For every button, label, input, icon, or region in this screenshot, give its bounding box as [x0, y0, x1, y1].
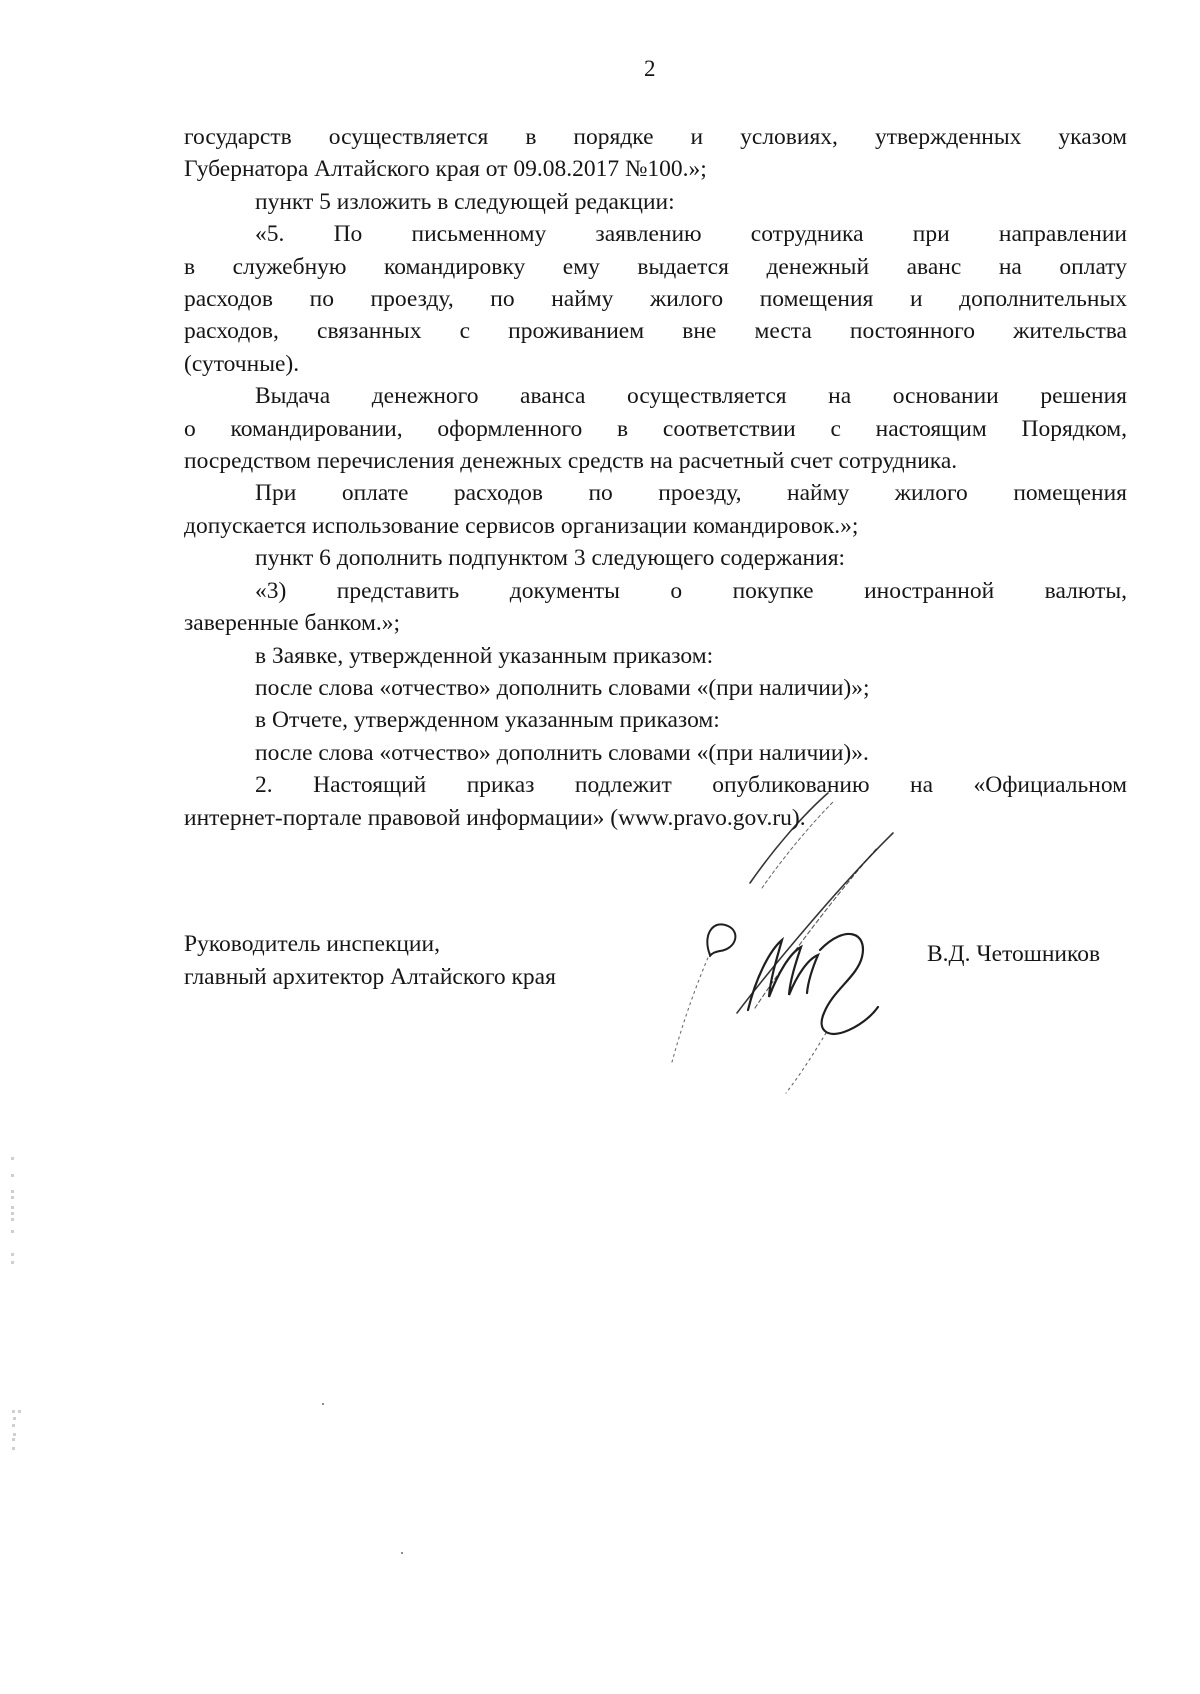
text-line: расходов по проезду, по найму жилого пом… [184, 283, 1127, 315]
signature-name: В.Д. Четошников [927, 941, 1100, 968]
scan-artifact [401, 1552, 403, 1554]
scan-artifact [13, 1433, 16, 1436]
scan-artifact [11, 1196, 14, 1199]
scan-artifact [12, 1410, 15, 1413]
text-line: допускается использование сервисов орган… [184, 510, 1127, 542]
paragraph: «5. По письменному заявлению сотрудника … [184, 218, 1127, 380]
text-line: в Отчете, утвержденном указанным приказо… [184, 704, 1127, 736]
scan-artifact [11, 1190, 14, 1193]
scan-artifact [322, 1403, 324, 1405]
paragraph: в Отчете, утвержденном указанным приказо… [184, 704, 1127, 736]
paragraph: после слова «отчество» дополнить словами… [184, 672, 1127, 704]
text-line: заверенные банком.»; [184, 607, 1127, 639]
signature-scrawl [620, 785, 910, 1105]
text-line: о командировании, оформленного в соответ… [184, 413, 1127, 445]
scan-artifact [12, 1438, 15, 1441]
document-body: государств осуществляется в порядке и ус… [184, 121, 1127, 834]
text-line: после слова «отчество» дополнить словами… [184, 672, 1127, 704]
signature-role: Руководитель инспекции, главный архитект… [184, 928, 556, 994]
paragraph: Выдача денежного аванса осуществляется н… [184, 380, 1127, 477]
text-line: расходов, связанных с проживанием вне ме… [184, 315, 1127, 347]
text-line: (суточные). [184, 348, 1127, 380]
text-line: «5. По письменному заявлению сотрудника … [184, 218, 1127, 250]
text-line: посредством перечисления денежных средст… [184, 445, 1127, 477]
paragraph: в Заявке, утвержденной указанным приказо… [184, 640, 1127, 672]
scan-artifact [11, 1253, 14, 1256]
document-page: 2 государств осуществляется в порядке и … [0, 0, 1200, 1694]
text-line: в служебную командировку ему выдается де… [184, 251, 1127, 283]
scan-artifact [12, 1447, 15, 1450]
scan-artifact [11, 1212, 14, 1215]
text-line: государств осуществляется в порядке и ус… [184, 121, 1127, 153]
paragraph: пункт 6 дополнить подпунктом 3 следующег… [184, 542, 1127, 574]
text-line: после слова «отчество» дополнить словами… [184, 737, 1127, 769]
paragraph: При оплате расходов по проезду, найму жи… [184, 477, 1127, 542]
scan-artifact [11, 1206, 14, 1209]
paragraph: государств осуществляется в порядке и ус… [184, 121, 1127, 186]
text-line: в Заявке, утвержденной указанным приказо… [184, 640, 1127, 672]
signature-role-line: главный архитектор Алтайского края [184, 961, 556, 994]
text-line: Губернатора Алтайского края от 09.08.201… [184, 153, 1127, 185]
text-line: Выдача денежного аванса осуществляется н… [184, 380, 1127, 412]
signature-role-line: Руководитель инспекции, [184, 928, 556, 961]
paragraph: «3) представить документы о покупке инос… [184, 575, 1127, 640]
scan-artifact [11, 1230, 14, 1233]
scan-artifact [11, 1261, 14, 1264]
page-number: 2 [644, 56, 656, 82]
scan-artifact [13, 1417, 16, 1420]
text-line: «3) представить документы о покупке инос… [184, 575, 1127, 607]
scan-artifact [11, 1218, 14, 1221]
paragraph: после слова «отчество» дополнить словами… [184, 737, 1127, 769]
scan-artifact [11, 1157, 14, 1160]
scan-artifact [11, 1174, 14, 1177]
text-line: При оплате расходов по проезду, найму жи… [184, 477, 1127, 509]
paragraph: пункт 5 изложить в следующей редакции: [184, 186, 1127, 218]
text-line: пункт 6 дополнить подпунктом 3 следующег… [184, 542, 1127, 574]
scan-artifact [12, 1424, 15, 1427]
text-line: пункт 5 изложить в следующей редакции: [184, 186, 1127, 218]
scan-artifact [18, 1410, 21, 1413]
